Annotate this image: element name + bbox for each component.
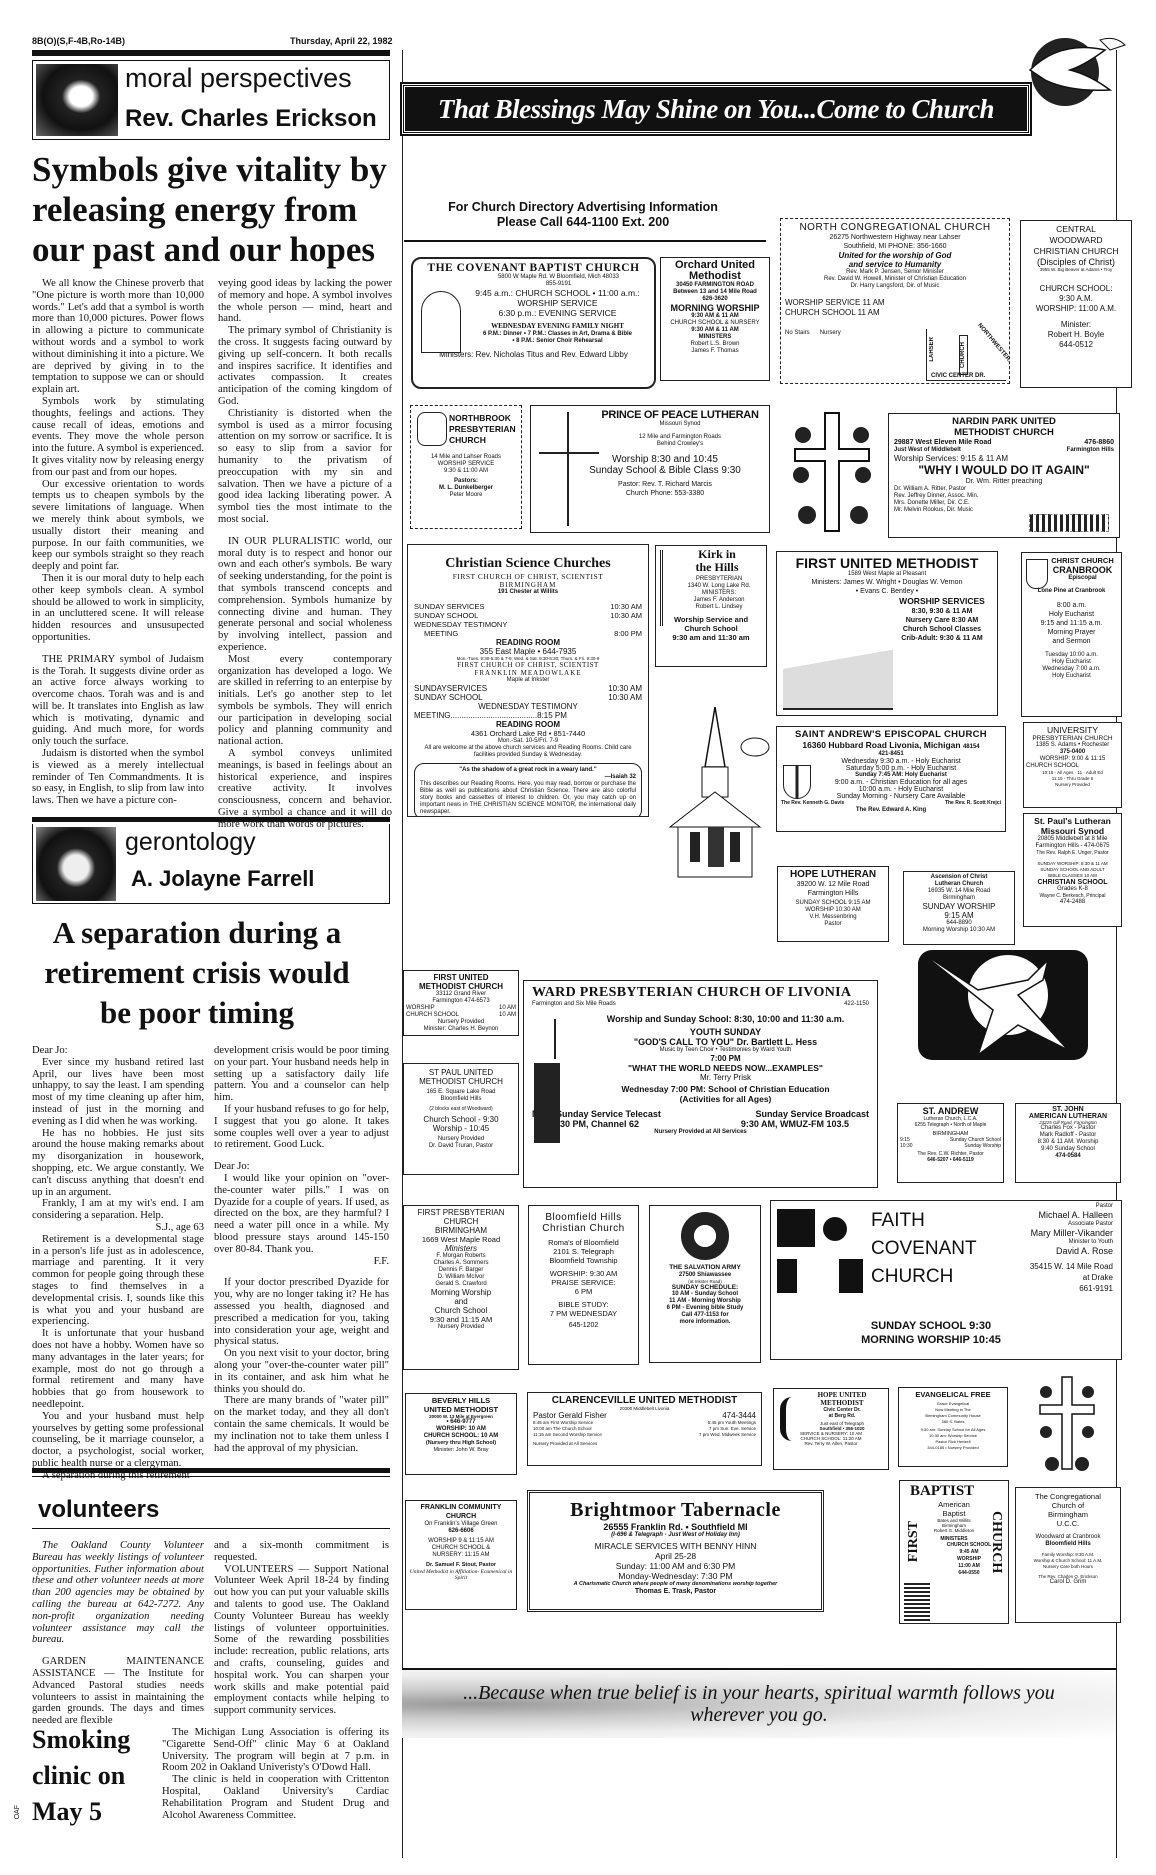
map-label: LAHSER — [929, 337, 936, 362]
ad-first-umc-farmington: FIRST UNITED METHODIST CHURCH 33112 Gran… — [403, 970, 519, 1036]
evening-title: "WHAT THE WORLD NEEDS NOW...EXAMPLES" — [582, 1063, 869, 1073]
paragraph: VOLUNTEERS — Support National Volunteer … — [214, 1564, 389, 1717]
service-label: SUNDAY SCHOOL — [414, 611, 478, 620]
worship: WORSHIP: 10 AM — [408, 1426, 514, 1433]
church-name: EVANGELICAL FREE — [901, 1390, 1005, 1399]
location: 2101 S. Telegraph — [531, 1247, 636, 1256]
address: Behind Crowley's — [595, 441, 765, 448]
paragraph: THE PRIMARY symbol of Judaism is the Tor… — [32, 654, 204, 748]
radio-time: 9:30 AM, WMUZ-FM 103.5 — [741, 1119, 849, 1129]
church-name: NORTH CONGREGATIONAL CHURCH — [785, 222, 1005, 233]
ad-st-john-lutheran: ST. JOHN AMERICAN LUTHERAN 23225 Gill Ro… — [1015, 1103, 1121, 1183]
address: 20805 Middlebelt at 8 Mile — [1026, 836, 1119, 843]
church-name: SAINT ANDREW'S EPISCOPAL CHURCH — [781, 729, 1001, 740]
weekday-times: Monday-Wednesday: 7:30 PM — [536, 1571, 815, 1581]
schedule-line: more information. — [652, 1319, 758, 1326]
service-label: MEETING — [424, 629, 458, 638]
paragraph: You and your husband must help yourselve… — [32, 1411, 204, 1470]
paragraph: The Oakland County Volunteer Bureau has … — [32, 1540, 204, 1646]
staff: Rev. Mark P. Jensen, Senior Minister — [785, 269, 1005, 276]
meeting-time: MEETING.................................… — [414, 711, 642, 720]
dove-sun-illustration — [918, 950, 1088, 1060]
salvation-army-crest-icon — [681, 1212, 729, 1260]
clergy: The Rev. Kenneth G. Davis — [781, 800, 844, 807]
service-line: 8:00 a.m. — [1025, 601, 1118, 610]
service-line: Wednesday 9:30 a.m. - Holy Eucharist — [801, 758, 1001, 765]
activities: (Activities for all Ages) — [582, 1094, 869, 1104]
pastor: Michael A. Halleen — [1030, 1210, 1113, 1221]
church-tower-illustration — [534, 1063, 560, 1143]
ad-northbrook-presbyterian: NORTHBROOK PRESBYTERIAN CHURCH 14 Mile a… — [410, 405, 522, 529]
staff: Mrs. Donette Miller, Dir. C.E. — [894, 500, 1114, 507]
ad-christ-church-cranbrook: CHRIST CHURCH CRANBROOK Episcopal Lone P… — [1021, 552, 1122, 717]
paragraph: GARDEN MAINTENANCE ASSISTANCE — The Inst… — [32, 1656, 204, 1727]
ad-first-united-methodist: FIRST UNITED METHODIST 1589 West Maple a… — [776, 551, 998, 716]
paragraph: The primary symbol of Christianity is th… — [218, 325, 392, 408]
nativity-icon — [1029, 514, 1109, 532]
city: Bloomfield Hills — [1018, 1541, 1118, 1548]
denomination: (Disciples of Christ) — [1025, 257, 1127, 267]
schedule-title: SUNDAY SCHEDULE: — [652, 1284, 758, 1291]
church-icon — [660, 707, 770, 882]
church-name: WARD PRESBYTERIAN CHURCH OF LIVONIA — [532, 985, 869, 1001]
reading-room-title: READING ROOM — [414, 638, 642, 647]
ad-title: Christian Science Churches — [414, 556, 642, 572]
church-name: Birmingham — [1018, 1510, 1118, 1519]
church-name: HOPE UNITED — [798, 1391, 886, 1399]
paragraph: veying good ideas by lacking the power o… — [218, 278, 392, 325]
minister: F. Morgan Roberts — [406, 1253, 516, 1260]
praise-time: 6 PM — [531, 1287, 636, 1296]
church-name: FIRST PRESBYTERIAN — [406, 1208, 516, 1217]
service-time: 10:30 AM — [608, 684, 642, 693]
ad-beverly-hills-umc: BEVERLY HILLS UNITED METHODIST 20000 W. … — [405, 1393, 517, 1475]
church-name: CLARENCEVILLE UNITED METHODIST — [533, 1395, 756, 1406]
service-line: Holy Eucharist — [1025, 610, 1118, 619]
service-label: SUNDAYSERVICES — [414, 684, 487, 693]
phone: 474-0584 — [1018, 1153, 1118, 1160]
phone: 855-9191 — [417, 281, 650, 288]
worship: Church School — [406, 1306, 516, 1315]
city: Farmington Hills — [780, 889, 886, 898]
cross-flame-icon — [780, 1397, 800, 1441]
scripture-quote: "As the shadow of a great rock in a wear… — [420, 767, 636, 774]
cross-icon — [783, 405, 883, 539]
church-name: Brightmoor Tabernacle — [536, 1499, 815, 1522]
church-name: Christian Church — [531, 1223, 636, 1234]
paragraph: Our excessive orientation to words tempt… — [32, 479, 204, 573]
info-line: 380 S. Bates — [901, 1419, 1005, 1425]
page-code: 8B(O)(S,F-4B,Ro-14B) — [32, 36, 125, 46]
near: Just West of Middlebelt — [894, 447, 961, 454]
pastors-title: Pastors: — [415, 478, 517, 485]
pastor: V.H. Messenbring — [780, 914, 886, 921]
ad-info-line-1: For Church Directory Advertising Informa… — [404, 200, 762, 215]
church-name: BAPTIST — [902, 1483, 1006, 1500]
ad-st-paul-umc: ST PAUL UNITED METHODIST CHURCH 165 E. S… — [403, 1063, 519, 1175]
evening-time: 7:00 PM — [582, 1054, 869, 1063]
assoc-pastor: Mary Miller-Vikander — [1030, 1228, 1113, 1239]
worship: WORSHIP 9 & 11:15 AM — [408, 1538, 514, 1545]
service-line: Saturday 5:00 p.m. - Holy Eucharist — [801, 765, 1001, 772]
ad-christian-science: Christian Science Churches FIRST CHURCH … — [407, 544, 649, 817]
worship: Worship - 10:45 — [406, 1124, 516, 1133]
schedule-line: 6:30 p.m.: EVENING SERVICE — [465, 308, 650, 318]
city: Farmington 474-6573 — [406, 998, 516, 1005]
address: 16360 Hubbard Road Livonia, Michigan — [802, 740, 960, 750]
reading-room-hours: Mon.-Sat. 10-5/Fri. 7-9 — [414, 738, 642, 745]
nursery: NURSERY: 11:15 AM — [408, 1552, 514, 1559]
worship: and — [406, 1297, 516, 1306]
ad-hope-umc: HOPE UNITED METHODIST Civic Center Dr. a… — [773, 1388, 889, 1470]
schedule-line: 6 PM - Evening bible Study — [652, 1305, 758, 1312]
school: CHURCH SCHOOL & — [408, 1545, 514, 1552]
article-col-2: veying good ideas by lacking the power o… — [218, 278, 392, 831]
paragraph: Frankly, I am at my wit's end. I am cons… — [32, 1198, 204, 1222]
ad-st-andrew-lca: ST. ANDREW Lutheran Church, L.C.A. 6255 … — [897, 1103, 1004, 1183]
church-name: HOPE LUTHERAN — [780, 869, 886, 880]
address: 1669 West Maple Road — [406, 1235, 516, 1244]
pastor: The Rev. Ralph E. Unger, Pastor — [1026, 850, 1119, 857]
church-name: U.C.C. — [1018, 1519, 1118, 1528]
ad-nardin-park: NARDIN PARK UNITED METHODIST CHURCH 2988… — [888, 413, 1120, 538]
school-time: 9:30 AM & 11 AM — [663, 327, 767, 334]
pastor-title: Pastor — [1030, 1203, 1113, 1210]
time: 9:30 and 11:15 AM — [406, 1315, 516, 1324]
synod: Missouri Synod — [595, 421, 765, 428]
classes: Church School Classes — [891, 625, 993, 634]
church-name: FIRST UNITED — [406, 973, 516, 982]
pastor: M. L. Dunkelberger — [415, 485, 517, 492]
ad-north-congregational: NORTH CONGREGATIONAL CHURCH 26275 Northw… — [780, 218, 1010, 384]
pastor: Mark Radloff - Pastor — [1018, 1132, 1118, 1139]
music: Music by Teen Choir • Testimonies by War… — [582, 1047, 869, 1054]
service-time: 10:30 AM — [608, 693, 642, 702]
church-name: BEVERLY HILLS — [408, 1396, 514, 1405]
service-label: SUNDAY SERVICES — [414, 602, 484, 611]
wednesday: Wednesday 7:00 PM: School of Christian E… — [582, 1084, 869, 1094]
address: 165 E. Square Lake Road — [406, 1089, 516, 1096]
ministers-title: MINISTERS — [663, 334, 767, 341]
author-name: A. Jolayne Farrell — [131, 866, 314, 892]
crib-adult: Crib-Adult: 9:30 & 11 AM — [891, 634, 993, 643]
service-line: Nursery Care both Hours — [1018, 1564, 1118, 1570]
salutation: Dear Jo: — [214, 1161, 389, 1173]
author-photo — [36, 827, 116, 901]
address: 5800 W Maple Rd. W Bloomfield, Mich 4803… — [417, 274, 650, 281]
church-name: UNIVERSITY — [1026, 725, 1119, 735]
address: Maple at Inkster — [414, 677, 642, 684]
address: 14 Mile and Lahser Roads — [415, 454, 517, 461]
pastor: Peter Moore — [415, 492, 517, 499]
address: 35415 W. 14 Mile Road — [1030, 1261, 1113, 1272]
minister: James F. Thomas — [663, 348, 767, 355]
service-label: WEDNESDAY TESTIMONY — [414, 620, 507, 629]
affiliation: United Methodist in Affiliation- Ecumeni… — [408, 1569, 514, 1581]
paragraph: He has no hobbies. He just sits around t… — [32, 1128, 204, 1199]
church-name: ST. JOHN — [1018, 1106, 1118, 1113]
ministers: • Evans C. Bentley • — [781, 587, 993, 596]
info-line: 344-0185 • Nursery Provided — [901, 1445, 1005, 1451]
city: Farmington Hills — [1067, 447, 1114, 454]
section-rule — [32, 1476, 390, 1477]
ad-university-presbyterian: UNIVERSITY PRESBYTERIAN CHURCH 1385 S. A… — [1023, 722, 1122, 808]
address: 39200 W. 12 Mile Road — [780, 880, 886, 889]
paragraph: If your husband refuses to go for help, … — [214, 1104, 389, 1151]
scripture-source: —Isaiah 32 — [420, 774, 636, 781]
dove-icon — [1010, 30, 1130, 110]
bible-study: BIBLE STUDY: — [531, 1300, 636, 1309]
ad-first-presbyterian: FIRST PRESBYTERIAN CHURCH BIRMINGHAM 166… — [403, 1205, 519, 1370]
pastor-title: Pastor — [780, 921, 886, 928]
margin-code: OAF — [14, 1805, 21, 1819]
faith-covenant-logo-icon — [777, 1209, 863, 1293]
no-stairs: No Stairs — [785, 330, 810, 336]
ad-salvation-army: THE SALVATION ARMY 27500 Shiawassee (at … — [649, 1205, 761, 1363]
phone: 474-3444 — [722, 1411, 756, 1420]
worship-times: 8:30, 9:30 & 11 AM — [891, 607, 993, 616]
nursery: Nursery Provided at All Services — [532, 1129, 869, 1136]
school: CHURCH SCHOOL & NURSERY — [663, 320, 767, 327]
phone: 644-0512 — [1025, 340, 1127, 350]
youth-sunday: YOUTH SUNDAY — [582, 1027, 869, 1037]
time: 9:15 AM — [906, 911, 1012, 920]
church-name: METHODIST CHURCH — [894, 427, 1114, 438]
event-dates: April 25-28 — [536, 1551, 815, 1561]
church-name: ST. ANDREW — [900, 1106, 1001, 1116]
smoking-headline: Smoking clinic on May 5 — [32, 1722, 162, 1830]
city-phone: Southfield, MI PHONE: 356-1660 — [785, 242, 1005, 251]
church-name: Bloomfield Hills — [531, 1212, 636, 1223]
near: at Drake — [1030, 1272, 1113, 1283]
church-name: FIRST CHURCH OF CHRIST, SCIENTIST — [414, 661, 642, 669]
cross-icon — [554, 1019, 556, 1059]
address: 12 Mile and Farmington Roads — [595, 434, 765, 441]
address: at Berg Rd. — [798, 1413, 886, 1419]
church-name: PRINCE OF PEACE LUTHERAN — [595, 409, 765, 421]
sched-time: 10:30 — [900, 1143, 913, 1149]
time: 9:30 & 11:00 AM — [415, 468, 517, 475]
service-label: CHURCH SCHOOL — [406, 1012, 459, 1019]
directory-banner: That Blessings May Shine on You...Come t… — [402, 84, 1030, 134]
salutation: Dear Jo: — [32, 1045, 204, 1057]
address: Farmington and Six Mile Roads — [532, 1001, 616, 1008]
worship: WORSHIP 10:30 AM — [780, 907, 886, 914]
worship-time: 9:30 AM & 11 AM — [663, 313, 767, 320]
minister: Robert G. Middleton — [922, 1528, 986, 1533]
church-illustration — [904, 1581, 930, 1621]
church-name: CENTRAL — [1025, 224, 1127, 235]
paragraph: Judaism is distorted when the symbol is … — [32, 748, 204, 807]
service-label: WORSHIP — [406, 1005, 435, 1012]
column-header-moral-perspectives: moral perspectives Rev. Charles Erickson — [32, 60, 390, 140]
near: (2 blocks east of Woodward) — [406, 1106, 516, 1112]
address: 1589 West Maple at Pleasant — [781, 571, 993, 578]
paragraph: Most every contemporary organization has… — [218, 654, 392, 748]
church-name: THE SALVATION ARMY — [652, 1264, 758, 1272]
worship: Worship Services: 9:15 & 11 AM — [894, 454, 1114, 463]
section-rule — [32, 1528, 390, 1529]
paragraph: The Michigan Lung Association is offerin… — [162, 1727, 389, 1774]
paragraph: Symbols work by stimulating thoughts, fe… — [32, 396, 204, 479]
service-line: 10:00 a.m. - Holy Eucharist — [801, 786, 1001, 793]
article-col-1: Dear Jo: Ever since my husband retired l… — [32, 1045, 204, 1481]
sermon-title: "WHY I WOULD DO IT AGAIN" — [894, 463, 1114, 477]
paragraph: Ever since my husband retired last April… — [32, 1057, 204, 1128]
section-rule — [32, 817, 390, 822]
map-label: NORTHWESTERN — [975, 323, 1010, 367]
paragraph: IN OUR PLURALISTIC world, our moral duty… — [218, 536, 392, 654]
article-headline: Symbols give vitality by releasing energ… — [32, 150, 392, 270]
ministers: Ministers: James W. Wright • Douglas W. … — [781, 578, 993, 587]
masthead-rule — [32, 50, 390, 56]
phone: 421-8451 — [781, 751, 1001, 758]
phone: 645-1202 — [531, 1322, 636, 1329]
city: Bloomfield Hills — [406, 1096, 516, 1103]
motto: and service to Humanity — [785, 260, 1005, 269]
author-photo — [36, 64, 118, 136]
wed-title: WEDNESDAY EVENING FAMILY NIGHT — [465, 322, 650, 331]
ad-first-baptist: FIRST CHURCH BAPTIST American Baptist Ba… — [899, 1480, 1009, 1624]
church-steeple-illustration — [660, 707, 770, 882]
address: 3955 W. Big Beaver at Adams • Troy — [1025, 267, 1127, 272]
worship: WORSHIP: 9:30 AM — [531, 1269, 636, 1278]
church-name: CHRISTIAN CHURCH — [1025, 246, 1127, 257]
section-title: volunteers — [38, 1496, 159, 1524]
church-name: Orchard United Methodist — [663, 260, 767, 282]
banner-text: That Blessings May Shine on You...Come t… — [438, 94, 994, 125]
minister: Charles A. Sommers — [406, 1260, 516, 1267]
service-line: Sunday Morning - Nursery Care Available — [801, 793, 1001, 800]
church-name: FRANKLIN COMMUNITY — [408, 1503, 514, 1512]
church-name: THE COVENANT BAPTIST CHURCH — [417, 262, 650, 274]
paragraph: It is unfortunate that your husband does… — [32, 1328, 204, 1411]
city: FRANKLIN MEADOWLAKE — [414, 669, 642, 677]
column-header-gerontology: gerontology A. Jolayne Farrell — [32, 824, 390, 904]
paragraph: On you next visit to your doctor, bring … — [214, 1348, 389, 1395]
ad-info-line-2: Please Call 644-1100 Ext. 200 — [404, 215, 762, 230]
ad-ward-presbyterian: WARD PRESBYTERIAN CHURCH OF LIVONIA Farm… — [523, 980, 878, 1188]
ad-ascension-lutheran: Ascension of Christ Lutheran Church 1693… — [903, 871, 1015, 945]
service-line: Wednesday 7:00 a.m. — [1025, 666, 1118, 673]
church-name: PRESBYTERIAN CHURCH — [1026, 735, 1119, 742]
church-name: FIRST UNITED METHODIST — [781, 555, 993, 571]
cross-illustration-icon — [539, 412, 599, 526]
church-shield-icon — [1026, 559, 1048, 589]
church-name: CHURCH — [408, 1512, 514, 1521]
paragraph: Then it is our moral duty to help each o… — [32, 573, 204, 644]
paragraph: The clinic is held in cooperation with C… — [162, 1774, 389, 1821]
address: 33112 Grand River — [406, 991, 516, 998]
service-line: Sunday 7:45 AM: Holy Eucharist — [801, 772, 1001, 779]
address: Woodward at Cranbrook — [1018, 1534, 1118, 1541]
church-name: METHODIST CHURCH — [406, 982, 516, 991]
advertising-info: For Church Directory Advertising Informa… — [404, 200, 762, 230]
service-time: 10:30 AM — [610, 602, 642, 611]
nursery: Nursery Provided at All Services — [533, 1441, 756, 1446]
nursery: Nursery Provided — [406, 1324, 516, 1331]
ad-evangelical-free: EVANGELICAL FREE Grace Evangelical Now M… — [898, 1387, 1008, 1467]
section-title: moral perspectives — [125, 63, 352, 94]
closing-quote: ...Because when true belief is in your h… — [442, 1682, 1076, 1726]
school: CHURCH SCHOOL 11 AM — [785, 308, 1005, 318]
address: 26275 Northwestern Highway near Lahser — [785, 233, 1005, 242]
reading-room-address: 4361 Orchard Lake Rd • 851-7440 — [414, 729, 642, 738]
address: 1385 S. Adams • Rochester — [1026, 742, 1119, 749]
phone: 476-8860 — [1084, 438, 1114, 447]
celtic-cross-icon — [660, 550, 678, 626]
map-label: CIVIC CENTER DR. — [931, 373, 985, 380]
grades: Grades K-8 — [1026, 886, 1119, 893]
episcopal-shield-icon — [783, 765, 811, 799]
service-line: Holy Eucharist — [1025, 673, 1118, 680]
paragraph: There are many brands of "water pill" on… — [214, 1395, 389, 1454]
ad-brightmoor-tabernacle: Brightmoor Tabernacle 26555 Franklin Rd.… — [527, 1490, 824, 1612]
youth-title: Minister to Youth — [1030, 1239, 1113, 1246]
schedule-line: 11:15 am Second Worship Service — [533, 1432, 602, 1438]
nursery: Nursery Care 8:30 AM — [891, 616, 993, 625]
minister: Dennis F. Barger — [406, 1267, 516, 1274]
phone: 474-2488 — [1026, 899, 1119, 906]
welcome-note: All are welcome at the above church serv… — [414, 745, 642, 759]
signature: S.J., age 63 — [32, 1222, 204, 1234]
paragraph: I would like your opinion on "over-the-c… — [214, 1173, 389, 1256]
schedule-line: 9:45 a.m.: CHURCH SCHOOL • 11:00 a.m.: — [465, 288, 650, 298]
floral-cross-illustration — [1032, 1372, 1102, 1477]
phone: 422-1150 — [844, 1001, 869, 1008]
phone: • 646-9777 — [408, 1419, 514, 1426]
ad-orchard-united-methodist: Orchard United Methodist 30450 FARMINGTO… — [660, 257, 770, 381]
church-name: METHODIST — [798, 1399, 886, 1407]
ad-kirk-in-the-hills: Kirk in the Hills PRESBYTERIAN 1340 W. L… — [655, 545, 767, 667]
church-name: NARDIN PARK UNITED — [894, 416, 1114, 427]
worship: WORSHIP SERVICE — [415, 461, 517, 468]
city: Birmingham — [906, 895, 1012, 902]
address: Between 13 and 14 Mile Road — [663, 289, 767, 296]
smoking-body: The Michigan Lung Association is offerin… — [162, 1727, 389, 1821]
schedule-line: WORSHIP SERVICE — [465, 298, 650, 308]
location: On Franklin's Village Green — [408, 1521, 514, 1528]
schedule-line: 11 AM - Morning Worship — [652, 1298, 758, 1305]
divider — [404, 240, 766, 242]
church-name: CHURCH — [871, 1263, 977, 1291]
phone: 626-3620 — [663, 296, 767, 303]
directions: (I-696 & Telegraph - Just West of Holida… — [536, 1532, 815, 1539]
assoc-title: Associate Pastor — [1030, 1221, 1113, 1228]
minister: Robert H. Boyle — [1025, 330, 1127, 340]
nursery: Nursery — [820, 330, 841, 336]
staff: Dr. William A. Ritter, Pastor — [894, 486, 1114, 493]
nursery: Nursery Provided — [406, 1136, 516, 1143]
clergy: The Rev. Edward A. King — [781, 807, 1001, 814]
clergy: The Rev. R. Scott Krejci — [945, 800, 1001, 807]
bible-time: 7 PM WEDNESDAY — [531, 1309, 636, 1318]
staff: Dr. Harry Langsford, Dir. of Music — [785, 283, 1005, 290]
church-name: AMERICAN LUTHERAN — [1018, 1113, 1118, 1120]
reading-room-title: READING ROOM — [414, 720, 642, 729]
cross-icon — [1032, 1372, 1102, 1477]
times: 9:30 am and 11:30 am — [658, 633, 764, 642]
service-line: Morning Prayer — [1025, 628, 1118, 637]
speaker: Mr. Terry Prisk — [582, 1073, 869, 1082]
floral-cross-illustration — [783, 405, 883, 539]
denomination: American — [922, 1500, 986, 1509]
wednesday-testimony: WEDNESDAY TESTIMONY — [414, 702, 642, 711]
church-name: ST PAUL UNITED — [406, 1068, 516, 1077]
worship: SUNDAY WORSHIP — [906, 902, 1012, 911]
city: BIRMINGHAM — [406, 1226, 516, 1235]
schedule-line: 10 AM - Sunday School — [652, 1291, 758, 1298]
